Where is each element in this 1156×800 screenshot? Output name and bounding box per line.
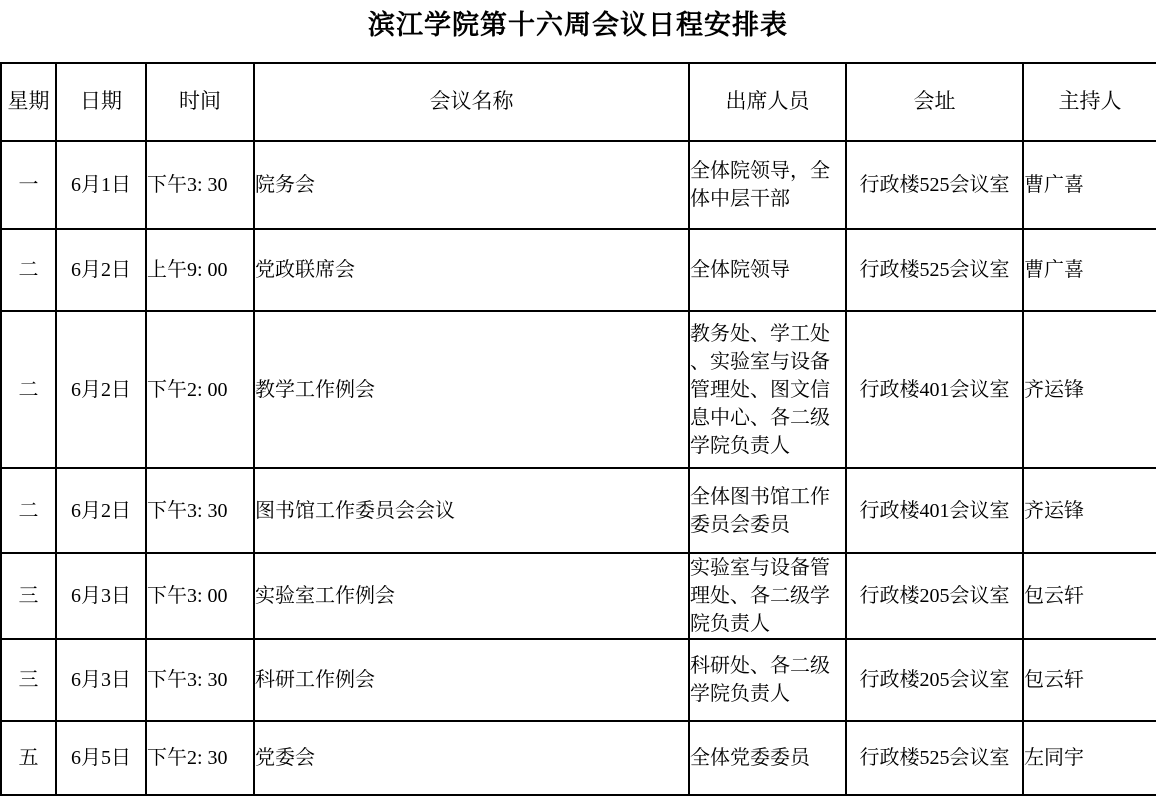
table-row: 二 6月2日 上午9: 00 党政联席会 全体院领导 行政楼525会议室 曹广喜 (1, 229, 1156, 311)
table-row: 三 6月3日 下午3: 30 科研工作例会 科研处、各二级学院负责人 行政楼20… (1, 639, 1156, 721)
cell-venue: 行政楼401会议室 (846, 468, 1023, 553)
header-cell-venue: 会址 (846, 63, 1023, 141)
page-title: 滨江学院第十六周会议日程安排表 (368, 3, 788, 42)
cell-date: 6月1日 (56, 141, 146, 229)
cell-host: 齐运锋 (1023, 311, 1156, 468)
cell-meeting: 教学工作例会 (254, 311, 689, 468)
cell-venue: 行政楼525会议室 (846, 229, 1023, 311)
cell-meeting: 院务会 (254, 141, 689, 229)
table-row: 二 6月2日 下午2: 00 教学工作例会 教务处、学工处、实验室与设备管理处、… (1, 311, 1156, 468)
cell-host: 齐运锋 (1023, 468, 1156, 553)
cell-attendees: 全体院领导 (689, 229, 846, 311)
document-page: 滨江学院第十六周会议日程安排表 星期 日期 时间 会议名称 出席人员 会址 主持… (0, 0, 1156, 800)
cell-venue: 行政楼525会议室 (846, 721, 1023, 795)
cell-weekday: 一 (1, 141, 56, 229)
meeting-schedule-table: 星期 日期 时间 会议名称 出席人员 会址 主持人 一 6月1日 下午3: 30… (0, 62, 1156, 796)
header-cell-attendees: 出席人员 (689, 63, 846, 141)
cell-venue: 行政楼205会议室 (846, 553, 1023, 639)
cell-meeting: 科研工作例会 (254, 639, 689, 721)
cell-weekday: 二 (1, 468, 56, 553)
cell-meeting: 党政联席会 (254, 229, 689, 311)
cell-attendees: 教务处、学工处、实验室与设备管理处、图文信息中心、各二级学院负责人 (689, 311, 846, 468)
cell-host: 左同宇 (1023, 721, 1156, 795)
header-cell-weekday: 星期 (1, 63, 56, 141)
cell-weekday: 二 (1, 311, 56, 468)
cell-weekday: 三 (1, 639, 56, 721)
cell-venue: 行政楼205会议室 (846, 639, 1023, 721)
cell-weekday: 三 (1, 553, 56, 639)
cell-date: 6月5日 (56, 721, 146, 795)
cell-weekday: 五 (1, 721, 56, 795)
cell-date: 6月3日 (56, 639, 146, 721)
cell-attendees: 全体院领导，全体中层干部 (689, 141, 846, 229)
cell-venue: 行政楼401会议室 (846, 311, 1023, 468)
cell-time: 下午2: 30 (146, 721, 254, 795)
cell-time: 下午3: 30 (146, 639, 254, 721)
cell-meeting: 图书馆工作委员会会议 (254, 468, 689, 553)
header-row: 星期 日期 时间 会议名称 出席人员 会址 主持人 (1, 63, 1156, 141)
cell-host: 曹广喜 (1023, 229, 1156, 311)
table-row: 一 6月1日 下午3: 30 院务会 全体院领导，全体中层干部 行政楼525会议… (1, 141, 1156, 229)
cell-weekday: 二 (1, 229, 56, 311)
header-cell-time: 时间 (146, 63, 254, 141)
header-cell-meeting: 会议名称 (254, 63, 689, 141)
cell-attendees: 全体图书馆工作委员会委员 (689, 468, 846, 553)
cell-host: 包云轩 (1023, 639, 1156, 721)
cell-date: 6月2日 (56, 468, 146, 553)
table-row: 二 6月2日 下午3: 30 图书馆工作委员会会议 全体图书馆工作委员会委员 行… (1, 468, 1156, 553)
cell-date: 6月3日 (56, 553, 146, 639)
cell-attendees: 实验室与设备管理处、各二级学院负责人 (689, 553, 846, 639)
cell-time: 下午3: 00 (146, 553, 254, 639)
header-cell-date: 日期 (56, 63, 146, 141)
cell-meeting: 党委会 (254, 721, 689, 795)
cell-time: 下午3: 30 (146, 141, 254, 229)
cell-time: 下午2: 00 (146, 311, 254, 468)
title-bar: 滨江学院第十六周会议日程安排表 (0, 0, 1156, 62)
cell-time: 上午9: 00 (146, 229, 254, 311)
cell-attendees: 全体党委委员 (689, 721, 846, 795)
cell-meeting: 实验室工作例会 (254, 553, 689, 639)
cell-host: 包云轩 (1023, 553, 1156, 639)
header-cell-host: 主持人 (1023, 63, 1156, 141)
cell-date: 6月2日 (56, 311, 146, 468)
table-row: 五 6月5日 下午2: 30 党委会 全体党委委员 行政楼525会议室 左同宇 (1, 721, 1156, 795)
table-row: 三 6月3日 下午3: 00 实验室工作例会 实验室与设备管理处、各二级学院负责… (1, 553, 1156, 639)
cell-host: 曹广喜 (1023, 141, 1156, 229)
cell-attendees: 科研处、各二级学院负责人 (689, 639, 846, 721)
cell-time: 下午3: 30 (146, 468, 254, 553)
cell-venue: 行政楼525会议室 (846, 141, 1023, 229)
cell-date: 6月2日 (56, 229, 146, 311)
